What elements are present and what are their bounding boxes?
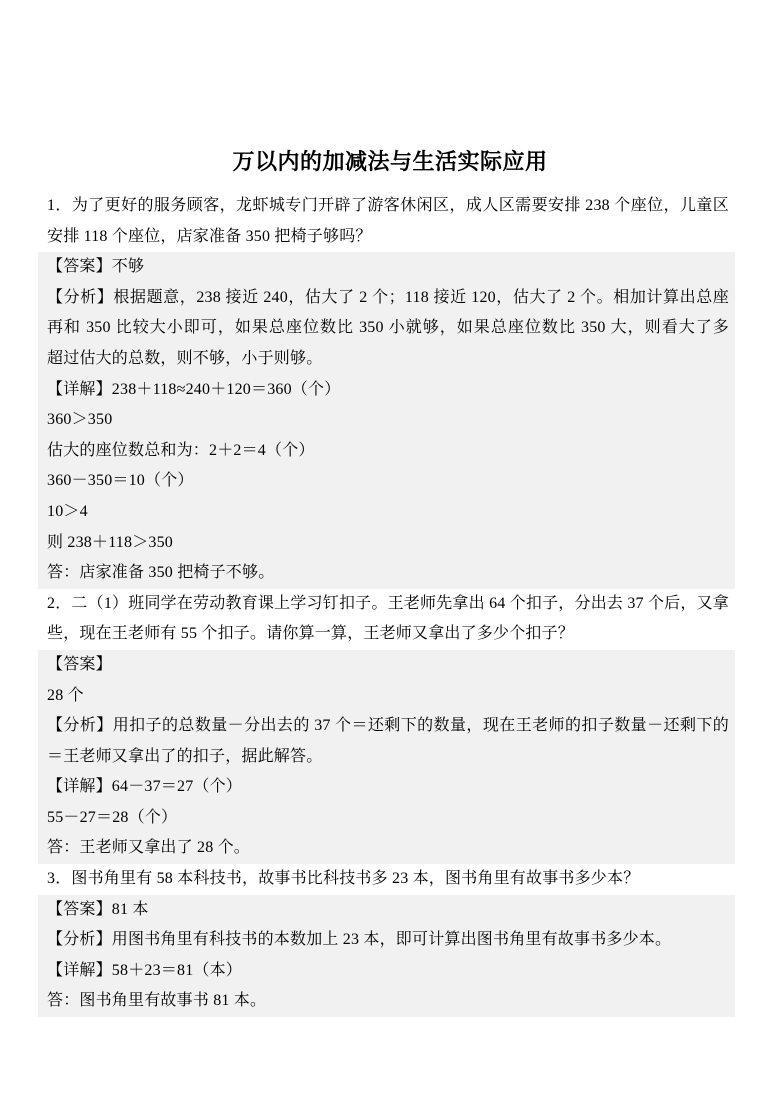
answer-line: 【分析】用扣子的总数量－分出去的 37 个＝还剩下的数量，现在王老师的扣子数量－… [38,711,735,742]
answer-line: 答：王老师又拿出了 28 个。 [38,833,735,864]
answer-line: 估大的座位数总和为：2＋2＝4（个） [38,436,735,467]
answer-line: 【分析】用图书角里有科技书的本数加上 23 本，即可计算出图书角里有故事书多少本… [38,925,735,956]
answer-line: 则 238＋118＞350 [38,528,735,559]
answer-line: 【详解】238＋118≈240＋120＝360（个） [38,375,735,406]
answer-line: 28 个 [38,681,735,712]
question-line: 些，现在王老师有 55 个扣子。请你算一算，王老师又拿出了多少个扣子？ [38,619,735,650]
answer-line: 答：店家准备 350 把椅子不够。 [38,558,735,589]
question-line: 1．为了更好的服务顾客，龙虾城专门开辟了游客休闲区，成人区需要安排 238 个座… [38,191,735,222]
answer-line: 超过估大的总数，则不够，小于则够。 [38,344,735,375]
question-line: 3．图书角里有 58 本科技书，故事书比科技书多 23 本，图书角里有故事书多少… [38,864,735,895]
answer-line: 【分析】根据题意，238 接近 240，估大了 2 个；118 接近 120，估… [38,283,735,314]
worksheet-page: 万以内的加减法与生活实际应用 1．为了更好的服务顾客，龙虾城专门开辟了游客休闲区… [0,0,780,1017]
answer-line: ＝王老师又拿出了的扣子，据此解答。 [38,742,735,773]
answer-line: 再和 350 比较大小即可，如果总座位数比 350 小就够，如果总座位数比 35… [38,313,735,344]
answer-line: 10＞4 [38,497,735,528]
answer-line: 360＞350 [38,405,735,436]
problem-2: 2．二（1）班同学在劳动教育课上学习钉扣子。王老师先拿出 64 个扣子，分出去 … [38,589,735,864]
question-line: 安排 118 个座位，店家准备 350 把椅子够吗？ [38,222,735,253]
problem-3: 3．图书角里有 58 本科技书，故事书比科技书多 23 本，图书角里有故事书多少… [38,864,735,1017]
answer-line: 答：图书角里有故事书 81 本。 [38,986,735,1017]
question-line: 2．二（1）班同学在劳动教育课上学习钉扣子。王老师先拿出 64 个扣子，分出去 … [38,589,735,620]
answer-line: 【详解】58＋23＝81（本） [38,956,735,987]
page-title: 万以内的加减法与生活实际应用 [0,145,780,178]
answer-line: 【答案】81 本 [38,895,735,926]
answer-line: 【答案】 [38,650,735,681]
answer-line: 【答案】不够 [38,252,735,283]
document-content: 1．为了更好的服务顾客，龙虾城专门开辟了游客休闲区，成人区需要安排 238 个座… [38,191,735,1017]
answer-line: 【详解】64－37＝27（个） [38,772,735,803]
problem-1: 1．为了更好的服务顾客，龙虾城专门开辟了游客休闲区，成人区需要安排 238 个座… [38,191,735,589]
answer-line: 55－27＝28（个） [38,803,735,834]
answer-line: 360－350＝10（个） [38,466,735,497]
